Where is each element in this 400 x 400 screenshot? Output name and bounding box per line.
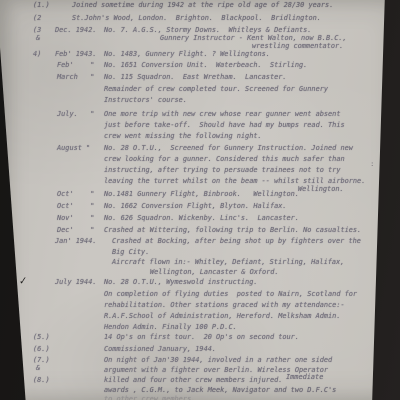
typed-text: No. 28 O.T.U., Screened for Gunnery Inst… — [104, 145, 353, 153]
typed-text: St.John's Wood, London. Brighton. Blackp… — [72, 15, 321, 23]
typed-text: (1.) — [33, 2, 50, 10]
typed-text: No. 1662 Conversion Flight, Blyton. Hali… — [104, 203, 287, 211]
typed-text: August " — [57, 145, 90, 153]
typed-text: No. 28 O.T.U., Wymeswold instructing. — [104, 279, 258, 287]
typed-text: (6.) — [33, 346, 50, 354]
typed-text: July. " — [57, 111, 94, 119]
typed-text: No. 1483, Gunnery Flight. ? Wellingtons. — [104, 51, 270, 59]
typed-text: Wellington, Lancaster & Oxford. — [150, 269, 279, 277]
typed-text: No. 626 Squadron. Wickenby. Linc's. Lanc… — [104, 215, 299, 223]
typed-text: March " — [57, 74, 94, 82]
stray-mark: : — [371, 161, 373, 168]
check-mark: ✓ — [19, 276, 28, 287]
typed-text: just before take-off. Should have had my… — [104, 122, 345, 130]
typed-text: One more trip with new crew whose rear g… — [104, 111, 340, 119]
typed-text: Aircraft flown in:- Whitley, Defiant, St… — [112, 259, 344, 267]
typed-text: killed and four other crew members injur… — [104, 377, 282, 385]
typed-text: Crashed at Bocking, after being shot up … — [112, 238, 361, 246]
typed-text: Dec' " — [57, 227, 94, 235]
typed-text: Feb' " — [57, 62, 94, 70]
typed-text: to other crew members. — [104, 396, 195, 400]
typed-text: Remainder of crew completed tour. Screen… — [104, 86, 328, 94]
typed-text: (8.) — [33, 377, 50, 385]
typed-text: Immediate — [286, 374, 323, 382]
typed-text: No. 115 Squadron. East Wretham. Lancaste… — [104, 74, 287, 82]
typed-text: (2 — [33, 15, 41, 23]
typed-text: Feb' 1943. — [55, 51, 97, 59]
typed-text: Crashed at Wittering, following trip to … — [104, 227, 361, 235]
typed-text: Dec. 1942. — [55, 27, 97, 35]
typed-text: Instructors' course. — [104, 97, 187, 105]
typed-text: Joined sometime during 1942 at the ripe … — [72, 2, 333, 10]
typed-text: (5.) — [33, 334, 50, 342]
typed-text: Wellington. — [298, 186, 344, 194]
scanned-document: (1.)Joined sometime during 1942 at the r… — [0, 0, 400, 400]
typed-text: 14 Op's on first tour. 20 Op's on second… — [104, 334, 299, 342]
typed-text: instructing, after trying to persuade tr… — [104, 167, 340, 175]
typed-text: rehabilitation. Other stations graced wi… — [104, 302, 345, 310]
typed-text: 4) — [33, 51, 41, 59]
typed-text: R.A.F.School of Administration, Hereford… — [104, 313, 340, 321]
typed-text: Big City. — [112, 249, 149, 257]
typed-text: & — [36, 35, 40, 43]
typed-text: Commissioned January, 1944. — [104, 346, 216, 354]
typed-text: crew went missing the following night. — [104, 133, 262, 141]
typed-text: Oct' " — [57, 203, 94, 211]
typed-text: No. 1651 Conversion Unit. Waterbeach. St… — [104, 62, 307, 70]
typed-text: No.1481 Gunnery Flight, Binbrook. Wellin… — [104, 191, 299, 199]
typed-text: Jan' 1944. — [55, 238, 97, 246]
typed-text: & — [36, 365, 40, 373]
typed-text: crew looking for a gunner. Considered th… — [104, 156, 345, 164]
typed-text: Nov' " — [57, 215, 94, 223]
typed-text: On night of Jan'30 1944, involved in a r… — [104, 357, 332, 365]
typed-text: Oct' " — [57, 191, 94, 199]
typed-text: Hendon Admin. Finally 100 P.D.C. — [104, 324, 237, 332]
typed-text: awards , C.G.M., to Jack Meek, Navigator… — [104, 387, 336, 395]
typed-text: On completion of flying duties posted to… — [104, 291, 357, 299]
typed-text: July 1944. — [55, 279, 97, 287]
scanned-page: (1.)Joined sometime during 1942 at the r… — [0, 0, 400, 400]
